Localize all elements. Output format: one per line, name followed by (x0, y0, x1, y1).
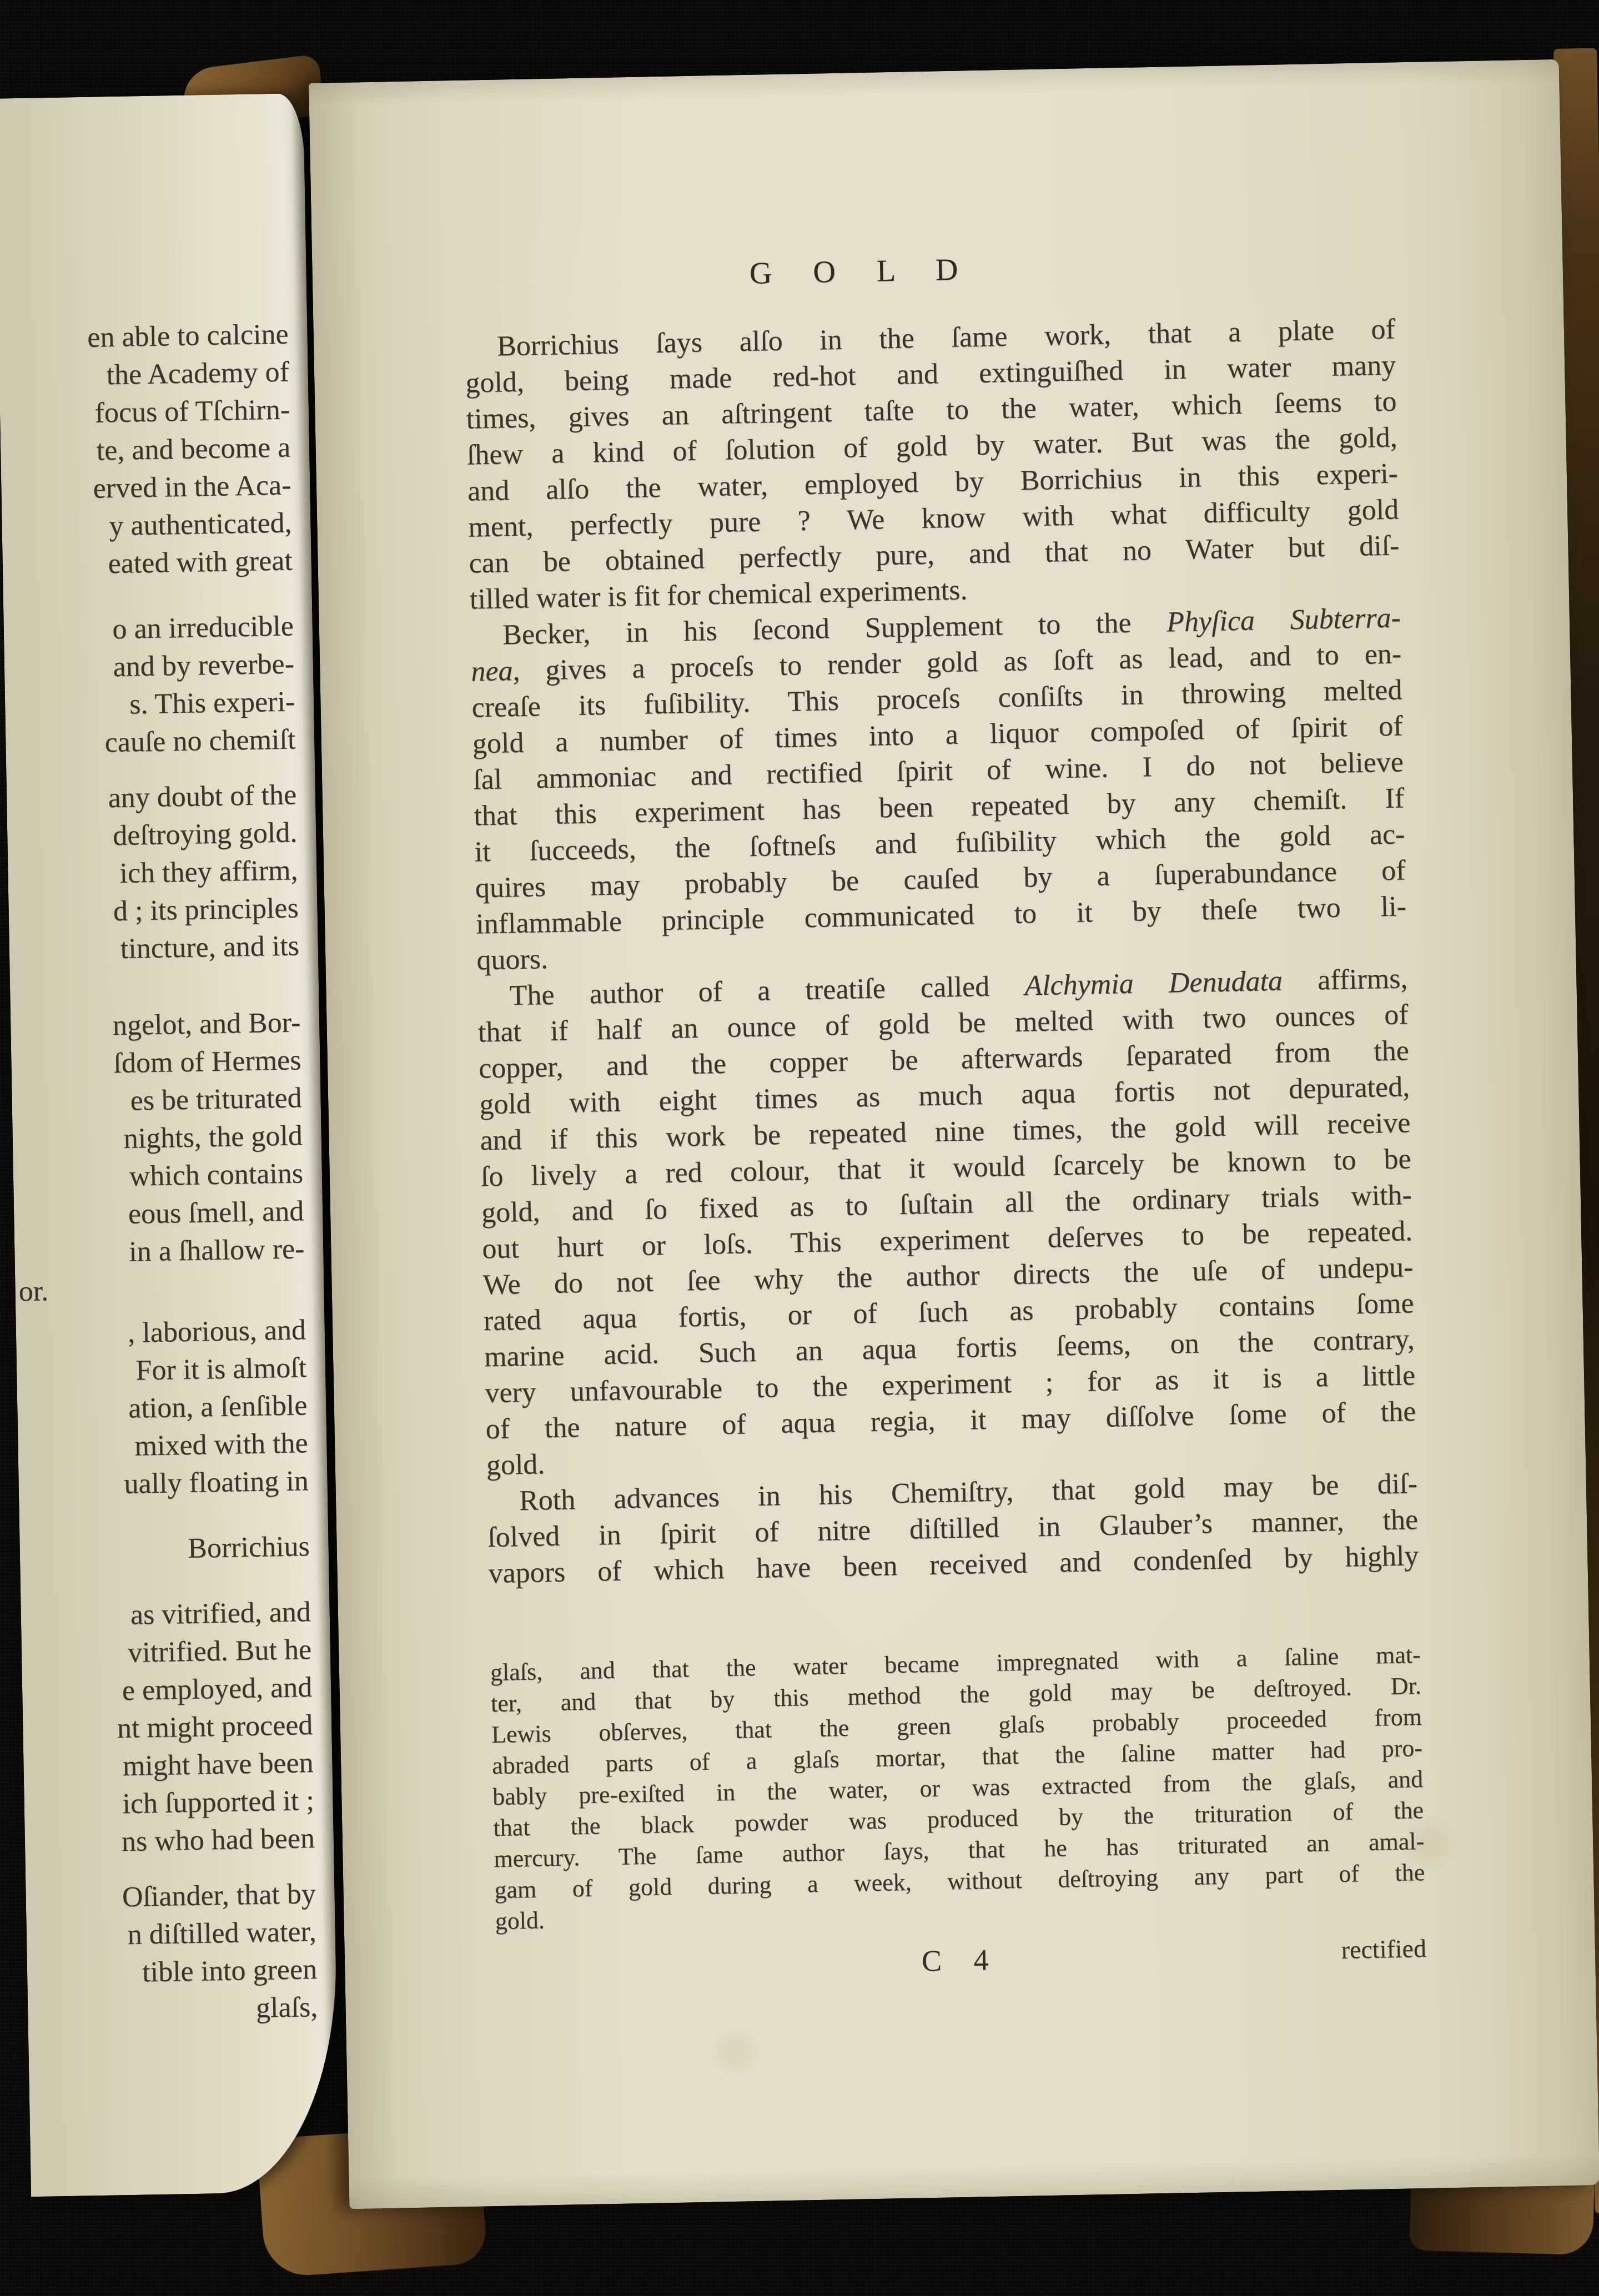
text-line: ich ſupported it ; (24, 1782, 314, 1825)
body-text: G O L D Borrichius ſays alſo in the ſame… (460, 63, 1427, 1996)
text-line: , laborious, and (16, 1311, 306, 1354)
text-line: en able to calcine (0, 316, 289, 359)
text-line: mixed with the (18, 1424, 308, 1467)
left-page-text: en able to calcine the Academy of focus … (0, 93, 337, 2031)
text-line: focus of Tſchirn- (0, 391, 290, 434)
paragraph: Borrichius ſays alſo in the ſame work, t… (465, 311, 1401, 618)
text-line: nights, the gold (12, 1117, 303, 1160)
text-line: o an irreducible (3, 607, 294, 650)
text-line: as vitrified, and (21, 1593, 311, 1636)
italic-book-title: nea, (471, 655, 520, 688)
left-page-fragment: en able to calcine the Academy of focus … (0, 93, 340, 2197)
text-line: nt might proceed (23, 1706, 313, 1749)
text-line: which contains (13, 1155, 303, 1197)
text-line: y authenticated, (2, 504, 292, 547)
text-line: ich they affirm, (8, 852, 298, 894)
text-line: ation, a ſenſible (17, 1387, 308, 1429)
text-line: ns who had been (24, 1820, 315, 1862)
text-line: glaſs, (28, 1988, 318, 2031)
paragraph: Becker, in his ſecond Supplement to the … (470, 600, 1407, 978)
text-segment: affirms, (1282, 963, 1407, 996)
paragraph: The author of a treatiſe called Alchymia… (477, 960, 1417, 1483)
page-footer: C 4 rectified (496, 1934, 1427, 1996)
text-line: any doubt of the (7, 776, 297, 819)
text-line: or. (15, 1268, 305, 1311)
italic-book-title: Phyſica Subterra- (1166, 602, 1401, 638)
text-line: cauſe no chemiſt (6, 721, 296, 763)
text-line: ſdom of Hermes (11, 1041, 301, 1084)
text-line: te, and become a (1, 429, 291, 472)
book-photo: { "header": { "title": "G O L D" }, "mai… (0, 0, 1599, 2296)
text-line: e employed, and (22, 1669, 313, 1711)
text-line: tible into green (27, 1951, 317, 1993)
footnote: glaſs, and that the water became impregn… (490, 1639, 1425, 1937)
italic-book-title: Alchymia Denudata (1024, 965, 1283, 1002)
text-line: the Academy of (0, 354, 289, 396)
main-page: G O L D Borrichius ſays alſo in the ſame… (309, 59, 1599, 2209)
text-line: vitrified. But he (21, 1631, 311, 1674)
text-line: s. This experi- (5, 683, 295, 726)
text-line: Borrichius (19, 1528, 310, 1570)
text-line: Oſiander, that by (26, 1875, 316, 1918)
text-line: For it is almoſt (17, 1349, 307, 1392)
text-line: eous ſmell, and (14, 1192, 304, 1235)
text-line: eated with great (2, 542, 293, 585)
signature-mark: C 4 (496, 1934, 1427, 1987)
text-line: deſtroying gold. (7, 814, 298, 857)
text-line: es be triturated (12, 1079, 302, 1122)
running-head: G O L D (396, 243, 1328, 300)
paragraph: Roth advances in his Chemiſtry, that gol… (486, 1466, 1419, 1592)
text-line: n diſtilled water, (26, 1913, 316, 1956)
text-line: d ; its principles (8, 889, 299, 932)
text-line: ngelot, and Bor- (11, 1004, 301, 1046)
text-line: tincture, and its (9, 927, 299, 970)
text-line: erved in the Aca- (1, 466, 291, 509)
text-line: ually floating in (18, 1462, 309, 1505)
catchword: rectified (1341, 1930, 1426, 1968)
text-line: might have been (23, 1744, 314, 1787)
text-line: in a ſhallow re- (14, 1230, 305, 1273)
text-line: and by reverbe- (4, 645, 294, 688)
